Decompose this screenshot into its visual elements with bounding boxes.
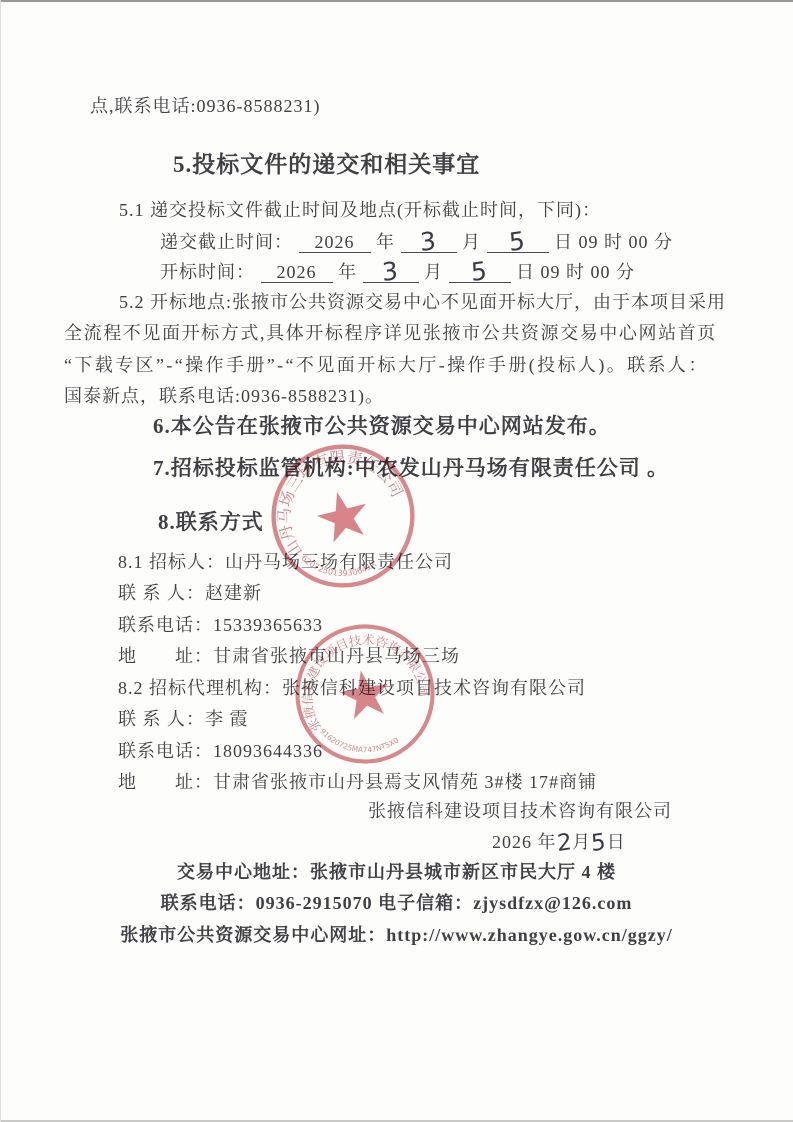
opening-month-handwritten: 3 <box>382 265 400 279</box>
footer-website: 张掖市公共资源交易中心网址：http://www.zhangye.gow.cn/… <box>0 921 793 947</box>
footer-phone-email: 联系电话：0936-2915070 电子信箱：zjysdfzx@126.com <box>0 889 793 915</box>
colophon-day-unit: 日 <box>607 832 626 852</box>
colophon-day-handwritten: 5 <box>591 836 607 850</box>
footer-trade-center-address: 交易中心地址：张掖市山丹县城市新区市民大厅 4 楼 <box>0 858 793 884</box>
opening-day-handwritten: 5 <box>471 265 489 279</box>
submission-deadline-line: 递交截止时间： 2026 年 3 月 5 日 09 时 00 分 <box>160 228 673 254</box>
submission-time: 09 时 00 分 <box>579 232 674 252</box>
seal-star-icon <box>313 486 374 545</box>
submission-year-field: 2026 <box>299 232 371 253</box>
submission-day-handwritten: 5 <box>509 235 527 249</box>
agency-person-line: 联 系 人：李 霞 <box>118 705 249 731</box>
submission-month-handwritten: 3 <box>420 235 438 249</box>
colophon-month-handwritten: 2 <box>556 836 572 850</box>
opening-time: 09 时 00 分 <box>541 262 636 282</box>
submission-year-value: 2026 <box>315 232 355 252</box>
contact-person-line: 联 系 人：赵建新 <box>118 579 262 605</box>
colophon-date-line: 2026 年2月5日 <box>492 828 626 854</box>
opening-year-field: 2026 <box>261 262 333 283</box>
opening-year-unit: 年 <box>338 262 357 282</box>
opening-day-unit: 日 <box>516 262 535 282</box>
clause-5-2-line-1: 5.2 开标地点:张掖市公共资源交易中心不见面开标大厅，由于本项目采用 <box>119 288 726 314</box>
agency-address-line: 地 址：甘肃省张掖市山丹县焉支风情苑 3#楼 17#商铺 <box>118 768 597 794</box>
section-5-heading: 5.投标文件的递交和相关事宜 <box>173 146 480 179</box>
submission-day-unit: 日 <box>554 232 573 252</box>
opening-month-unit: 月 <box>424 262 443 282</box>
submission-day-field: 5 <box>487 232 549 253</box>
section-8-heading: 8.联系方式 <box>158 506 264 536</box>
opening-month-field: 3 <box>363 262 419 283</box>
opening-time-label: 开标时间： <box>160 262 255 282</box>
clause-5-2-line-4: 国泰新点，联系电话:0936-8588231)。 <box>64 382 384 408</box>
agency-phone-line: 联系电话：18093644336 <box>118 737 323 763</box>
company-seal-zhangye-xinke: 张掖信科建设项目技术咨询有限公司 91620725MA747NT5X0 <box>279 608 450 779</box>
scan-edge-left <box>0 0 1 1122</box>
clause-5-2-line-3: “下载专区”-“操作手册”-“不见面开标大厅-操作手册(投标人)。联系人： <box>64 351 709 377</box>
colophon-month-unit: 月 <box>572 832 591 852</box>
opening-year-value: 2026 <box>277 262 317 282</box>
submission-month-field: 3 <box>401 232 457 253</box>
opening-time-line: 开标时间： 2026 年 3 月 5 日 09 时 00 分 <box>160 258 635 284</box>
scanned-document-page: 点,联系电话:0936-8588231) 5.投标文件的递交和相关事宜 5.1 … <box>0 0 793 1122</box>
submission-deadline-label: 递交截止时间： <box>160 232 293 252</box>
clause-5-2-line-2: 全流程不见面开标方式,具体开标程序详见张掖市公共资源交易中心网站首页 <box>64 319 717 345</box>
scan-edge-top <box>0 0 793 2</box>
submission-year-unit: 年 <box>376 232 395 252</box>
colophon-date-year: 2026 年 <box>492 832 557 852</box>
clause-5-1-label: 5.1 递交投标文件截止时间及地点(开标截止时间，下同)： <box>119 196 601 222</box>
intro-continuation-line: 点,联系电话:0936-8588231) <box>90 92 321 118</box>
seal-star-icon <box>337 666 394 721</box>
submission-month-unit: 月 <box>462 232 481 252</box>
colophon-company: 张掖信科建设项目技术咨询有限公司 <box>368 797 672 823</box>
opening-day-field: 5 <box>449 262 511 283</box>
